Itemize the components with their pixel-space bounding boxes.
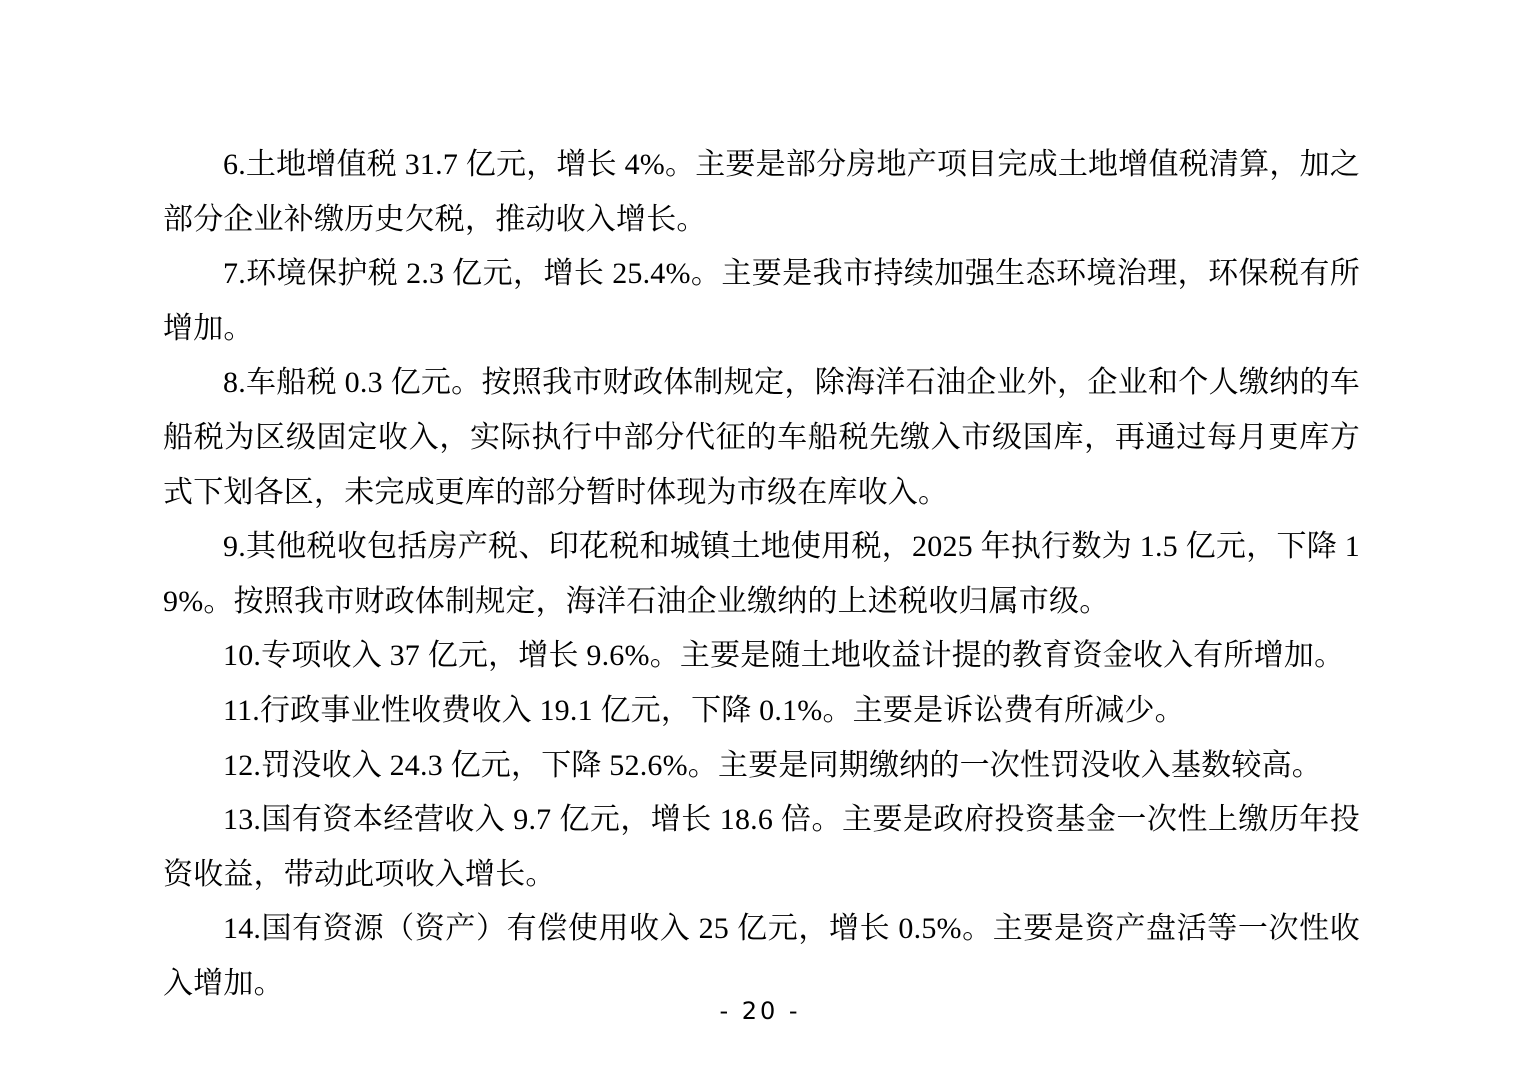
page-number: - 20 - bbox=[719, 997, 800, 1025]
page-footer: - 20 - bbox=[0, 997, 1520, 1025]
paragraph-item-12: 12.罚没收入 24.3 亿元，下降 52.6%。主要是同期缴纳的一次性罚没收入… bbox=[163, 739, 1360, 794]
paragraph-item-7: 7.环境保护税 2.3 亿元，增长 25.4%。主要是我市持续加强生态环境治理，… bbox=[163, 247, 1360, 356]
document-page: 6.土地增值税 31.7 亿元，增长 4%。主要是部分房地产项目完成土地增值税清… bbox=[0, 0, 1520, 1074]
paragraph-item-8: 8.车船税 0.3 亿元。按照我市财政体制规定，除海洋石油企业外，企业和个人缴纳… bbox=[163, 356, 1360, 520]
paragraph-item-10: 10.专项收入 37 亿元，增长 9.6%。主要是随土地收益计提的教育资金收入有… bbox=[163, 629, 1360, 684]
document-body: 6.土地增值税 31.7 亿元，增长 4%。主要是部分房地产项目完成土地增值税清… bbox=[163, 138, 1360, 1012]
paragraph-item-9: 9.其他税收包括房产税、印花税和城镇土地使用税，2025 年执行数为 1.5 亿… bbox=[163, 520, 1360, 629]
paragraph-item-11: 11.行政事业性收费收入 19.1 亿元，下降 0.1%。主要是诉讼费有所减少。 bbox=[163, 684, 1360, 739]
paragraph-item-6: 6.土地增值税 31.7 亿元，增长 4%。主要是部分房地产项目完成土地增值税清… bbox=[163, 138, 1360, 247]
paragraph-item-14: 14.国有资源（资产）有偿使用收入 25 亿元，增长 0.5%。主要是资产盘活等… bbox=[163, 902, 1360, 1011]
paragraph-item-13: 13.国有资本经营收入 9.7 亿元，增长 18.6 倍。主要是政府投资基金一次… bbox=[163, 793, 1360, 902]
